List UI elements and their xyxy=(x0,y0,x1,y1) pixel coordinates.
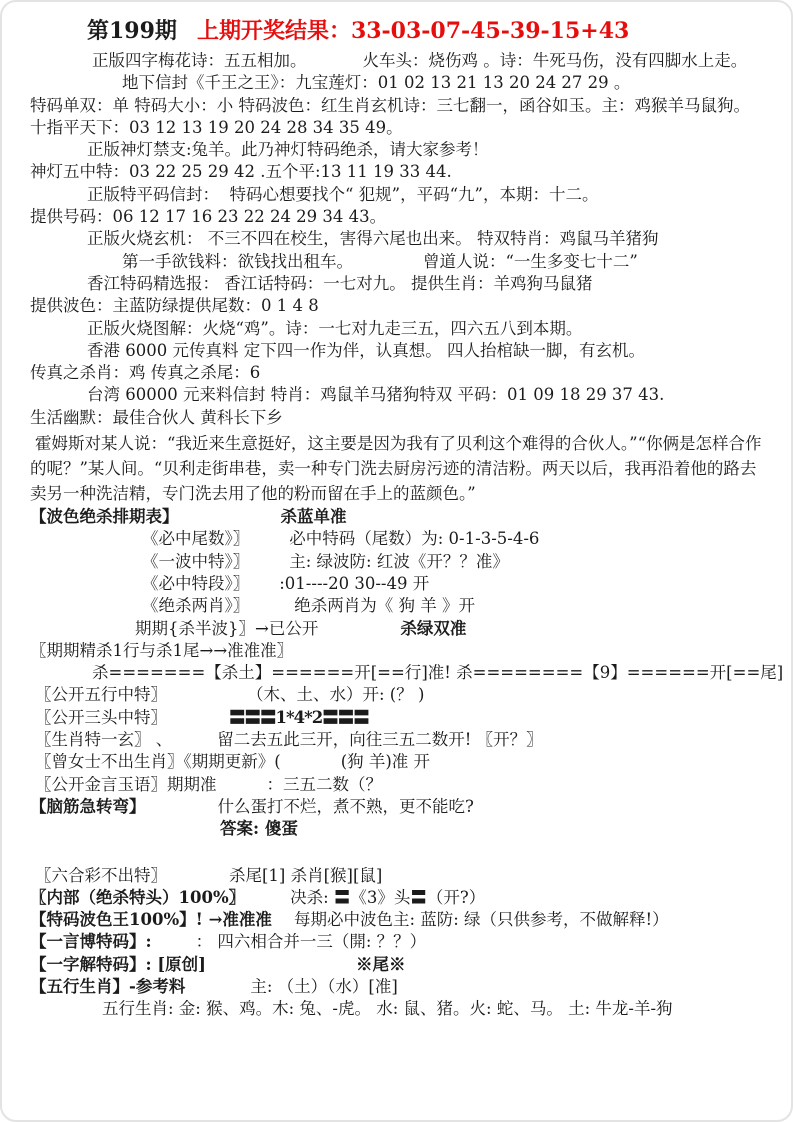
text-segment: 《绝杀两肖》〗 xyxy=(142,595,249,617)
line-shenghuo-youmo: 生活幽默：最佳合伙人 黄科长下乡 xyxy=(2,407,791,429)
text-segment: 什么蛋打不烂，煮不熟，更不能吃? xyxy=(218,796,474,818)
text-segment: 曾道人说：“一生多变七十二” xyxy=(423,251,638,273)
text-segment: 〓〓〓1*4*2〓〓〓 xyxy=(229,707,369,729)
text-segment: 答案: 傻蛋 xyxy=(220,818,298,840)
text-segment: 期期{杀半波}〗→已公开 xyxy=(135,618,318,640)
line-zengnvshi: 〖曾女士不出生肖〗《期期更新》((狗 羊)准 开 xyxy=(2,751,791,773)
spacer xyxy=(2,841,791,865)
text-segment: 第一手欲钱料：欲钱找出租车。 xyxy=(122,251,353,273)
text-segment: 〖内部（绝杀特头）100%〗 xyxy=(30,887,245,909)
line-juesha-liangxiao: 《绝杀两肖》〗绝杀两肖为《 狗 羊 》开 xyxy=(2,595,791,617)
text-segment: 《必中特段》〗 xyxy=(142,573,249,595)
joke-paragraph-1: 霍姆斯对某人说：“我近来生意挺好，这主要是因为我有了贝利这个难得的合伙人。”“你… xyxy=(2,431,791,456)
header-line: 第199期上期开奖结果：33-03-07-45-39-15+43 xyxy=(2,15,791,50)
text-segment: 生活幽默：最佳合伙人 黄科长下乡 xyxy=(30,407,283,429)
text-segment: 〖六合彩不出特〗 xyxy=(35,865,167,887)
line-shendeng-wuzhongte: 神灯五中特：03 22 25 29 42 .五个平:13 11 19 33 44… xyxy=(2,161,791,183)
text-segment: 提供号码：06 12 17 16 23 22 24 29 34 43。 xyxy=(30,206,386,228)
line-xiangjiang-tema: 香江特码精选报： 香江话特码：一七对九。 提供生肖：羊鸡狗马鼠猪 xyxy=(2,273,791,295)
text-segment: 〖生肖特一玄〗 、 xyxy=(35,729,172,751)
text-segment: 【一言博特码】: xyxy=(30,931,152,953)
line-yiyan-botema: 【一言博特码】:： 四六相合并一三（開: ？？） xyxy=(2,931,791,953)
text-segment: 正版四字梅花诗：五五相加。 xyxy=(92,50,307,72)
text-segment: 正版神灯禁支:兔羊。此乃神灯特码绝杀，请大家参考！ xyxy=(87,139,489,161)
line-meihua-poem: 正版四字梅花诗：五五相加。火车头：烧伤鸡 。诗：牛死马伤，没有四脚水上走。 xyxy=(2,50,791,72)
line-shendeng-jinzhi: 正版神灯禁支:兔羊。此乃神灯特码绝杀，请大家参考！ xyxy=(2,139,791,161)
line-taiwan-lailiao: 台湾 60000 元来料信封 特肖：鸡鼠羊马猪狗特双 平码：01 09 18 2… xyxy=(2,384,791,406)
text-segment: 香江特码精选报： 香江话特码：一七对九。 提供生肖：羊鸡狗马鼠猪 xyxy=(87,273,593,295)
text-segment: 提供波色：主蓝防绿提供尾数：0 1 4 8 xyxy=(30,295,319,317)
line-tema-bosewang: 【特码波色王100%】! →准准准每期必中波色主: 蓝防: 绿（只供参考，不做解… xyxy=(2,909,791,931)
line-wuxing-shengxiao-ref: 【五行生肖】-参考料主: （土）（水）[准] xyxy=(2,976,791,998)
line-yizi-jietema: 【一字解特码】: [原创]※尾※ xyxy=(2,954,791,976)
text-segment: 地下信封《千王之王》：九宝莲灯：01 02 13 21 13 20 24 27 … xyxy=(122,72,630,94)
lottery-tip-sheet: 第199期上期开奖结果：33-03-07-45-39-15+43正版四字梅花诗：… xyxy=(0,0,793,1122)
line-jinyan-yuyu: 〖公开金言玉语〗期期准：三五二数（？ xyxy=(2,774,791,796)
line-qiqi-jingsha: 〖期期精杀1行与杀1尾→→准准准〗 xyxy=(2,640,791,662)
line-bose-jueshapaiqi: 【波色绝杀排期表】杀蓝单准 xyxy=(2,506,791,528)
line-yuqianliao: 第一手欲钱料：欲钱找出租车。曾道人说：“一生多变七十二” xyxy=(2,251,791,273)
line-liuhecai-buchute: 〖六合彩不出特〗杀尾[1] 杀肖[猴][鼠] xyxy=(2,865,791,887)
joke-paragraph-2: 的呢？”某人间。“贝利走街串巷，卖一种专门洗去厨房污迹的清洁粉。两天以后，我再沿… xyxy=(2,456,791,481)
line-shengxiao-teyixuan: 〖生肖特一玄〗 、留二去五此三开，向往三五二数开! 〖开？〗 xyxy=(2,729,791,751)
line-teping-xinfeng: 正版特平码信封： 特码心想要找个“ 犯规”，平码“九”，本期：十二。 xyxy=(2,184,791,206)
text-segment: 【五行生肖】-参考料 xyxy=(30,976,185,998)
line-dixia-xinfeng: 地下信封《千王之王》：九宝莲灯：01 02 13 21 13 20 24 27 … xyxy=(2,72,791,94)
text-segment: :01----20 30--49 开 xyxy=(279,573,429,595)
text-segment: 留二去五此三开，向往三五二数开! 〖开？〗 xyxy=(217,729,542,751)
text-segment: 〖期期精杀1行与杀1尾→→准准准〗 xyxy=(30,640,293,662)
line-tigong-haoma: 提供号码：06 12 17 16 23 22 24 29 34 43。 xyxy=(2,206,791,228)
issue-number: 第199期 xyxy=(87,15,177,47)
line-answer: 答案: 傻蛋 xyxy=(2,818,791,840)
line-sha-hang-wei: 杀=======【杀土】======开[==行]准! 杀========【9】=… xyxy=(2,662,791,684)
text-segment: 香港 6000 元传真料 定下四一作为伴，认真想。 四人抬棺缺一脚，有玄机。 xyxy=(87,340,645,362)
text-segment: 〖公开五行中特〗 xyxy=(35,684,167,706)
text-segment: 〖曾女士不出生肖〗《期期更新》( xyxy=(35,751,281,773)
line-gongkai-santou: 〖公开三头中特〗〓〓〓1*4*2〓〓〓 xyxy=(2,707,791,729)
text-segment: 绝杀两肖为《 狗 羊 》开 xyxy=(294,595,475,617)
line-bizhong-weishu: 《必中尾数》〗必中特码（尾数）为: 0-1-3-5-4-6 xyxy=(2,528,791,550)
line-naojin-jizhuanwan: 【脑筋急转弯】什么蛋打不烂，煮不熟，更不能吃? xyxy=(2,796,791,818)
text-segment: 正版特平码信封： 特码心想要找个“ 犯规”，平码“九”，本期：十二。 xyxy=(87,184,598,206)
line-yibo-zhongte: 《一波中特》〗主: 绿波防: 红波《开？？准》 xyxy=(2,551,791,573)
line-wuxing-shengxiao-list: 五行生肖: 金: 猴、鸡。木: 兔、-虎。 水: 鼠、猪。火: 蛇、马。 土: … xyxy=(2,998,791,1020)
text-segment: 〖公开金言玉语〗期期准 xyxy=(35,774,217,796)
line-tema-danshuang: 特码单双：单 特码大小：小 特码波色：红生肖玄机诗：三七翻一，函谷如玉。主：鸡猴… xyxy=(2,95,791,117)
text-segment: 霍姆斯对某人说：“我近来生意挺好，这主要是因为我有了贝利这个难得的合伙人。”“你… xyxy=(35,431,762,456)
line-xianggang-chuanzhen: 香港 6000 元传真料 定下四一作为伴，认真想。 四人抬棺缺一脚，有玄机。 xyxy=(2,340,791,362)
text-segment: 《一波中特》〗 xyxy=(142,551,249,573)
text-segment: ： 四六相合并一三（開: ？？） xyxy=(196,931,427,953)
text-segment: 正版火烧图解：火烧“鸡”。诗：一七对九走三五，四六五八到本期。 xyxy=(87,318,582,340)
line-gongkai-wuxing: 〖公开五行中特〗（木、土、水）开: (？ ) xyxy=(2,684,791,706)
text-segment: 《必中尾数》〗 xyxy=(142,528,249,550)
text-segment: （木、土、水）开: (？ ) xyxy=(247,684,424,706)
text-segment: 主: 绿波防: 红波《开？？准》 xyxy=(289,551,509,573)
text-segment: 正版火烧玄机： 不三不四在校生，害得六尾也出来。 特双特肖：鸡鼠马羊猪狗 xyxy=(87,228,659,250)
line-tigong-bose: 提供波色：主蓝防绿提供尾数：0 1 4 8 xyxy=(2,295,791,317)
text-segment: 决杀: 〓《3》头〓（开?） xyxy=(290,887,485,909)
text-segment: 【一字解特码】: [原创] xyxy=(30,954,206,976)
text-segment: 【脑筋急转弯】 xyxy=(30,796,146,818)
line-neibu-jueshatetou: 〖内部（绝杀特头）100%〗决杀: 〓《3》头〓（开?） xyxy=(2,887,791,909)
text-segment: 杀蓝单准 xyxy=(281,506,347,528)
text-segment: 必中特码（尾数）为: 0-1-3-5-4-6 xyxy=(289,528,539,550)
line-huoshao-xuanji: 正版火烧玄机： 不三不四在校生，害得六尾也出来。 特双特肖：鸡鼠马羊猪狗 xyxy=(2,228,791,250)
line-shizhi-pingtianxia: 十指平天下：03 12 13 19 20 24 28 34 35 49。 xyxy=(2,117,791,139)
text-segment: 【特码波色王100%】! →准准准 xyxy=(30,909,272,931)
line-huoshao-tujie: 正版火烧图解：火烧“鸡”。诗：一七对九走三五，四六五八到本期。 xyxy=(2,318,791,340)
text-segment: 十指平天下：03 12 13 19 20 24 28 34 35 49。 xyxy=(30,117,403,139)
line-qiqi-shabanbo: 期期{杀半波}〗→已公开杀绿双准 xyxy=(2,618,791,640)
text-segment: 杀绿双准 xyxy=(400,618,466,640)
text-segment: 杀尾[1] 杀肖[猴][鼠] xyxy=(229,865,382,887)
text-segment: 每期必中波色主: 蓝防: 绿（只供参考，不做解释!） xyxy=(294,909,669,931)
text-segment: 火车头：烧伤鸡 。诗：牛死马伤，没有四脚水上走。 xyxy=(363,50,748,72)
text-segment: (狗 羊)准 开 xyxy=(341,751,430,773)
text-segment: 【波色绝杀排期表】 xyxy=(30,506,179,528)
line-chuanzhen-shaxiao: 传真之杀肖：鸡 传真之杀尾：6 xyxy=(2,362,791,384)
text-segment: 特码单双：单 特码大小：小 特码波色：红生肖玄机诗：三七翻一，函谷如玉。主：鸡猴… xyxy=(30,95,750,117)
text-segment: 传真之杀肖：鸡 传真之杀尾：6 xyxy=(30,362,260,384)
line-bizhong-teduan: 《必中特段》〗:01----20 30--49 开 xyxy=(2,573,791,595)
joke-paragraph-3: 卖另一种洗洁精，专门洗去用了他的粉而留在手上的蓝颜色。” xyxy=(2,481,791,506)
text-segment: 的呢？”某人间。“贝利走街串巷，卖一种专门洗去厨房污迹的清洁粉。两天以后，我再沿… xyxy=(30,456,756,481)
text-segment: 台湾 60000 元来料信封 特肖：鸡鼠羊马猪狗特双 平码：01 09 18 2… xyxy=(87,384,664,406)
text-segment: 主: （土）（水）[准] xyxy=(250,976,397,998)
previous-draw-result: 上期开奖结果：33-03-07-45-39-15+43 xyxy=(197,15,629,47)
text-segment: 五行生肖: 金: 猴、鸡。木: 兔、-虎。 水: 鼠、猪。火: 蛇、马。 土: … xyxy=(102,998,673,1020)
text-segment: ：三五二数（？ xyxy=(267,774,383,796)
document-lines: 第199期上期开奖结果：33-03-07-45-39-15+43正版四字梅花诗：… xyxy=(2,15,791,1021)
text-segment: ※尾※ xyxy=(356,954,406,976)
text-segment: 杀=======【杀土】======开[==行]准! 杀========【9】=… xyxy=(92,662,783,684)
text-segment: 卖另一种洗洁精，专门洗去用了他的粉而留在手上的蓝颜色。” xyxy=(30,481,476,506)
text-segment: 神灯五中特：03 22 25 29 42 .五个平:13 11 19 33 44… xyxy=(30,161,452,183)
text-segment: 〖公开三头中特〗 xyxy=(35,707,167,729)
